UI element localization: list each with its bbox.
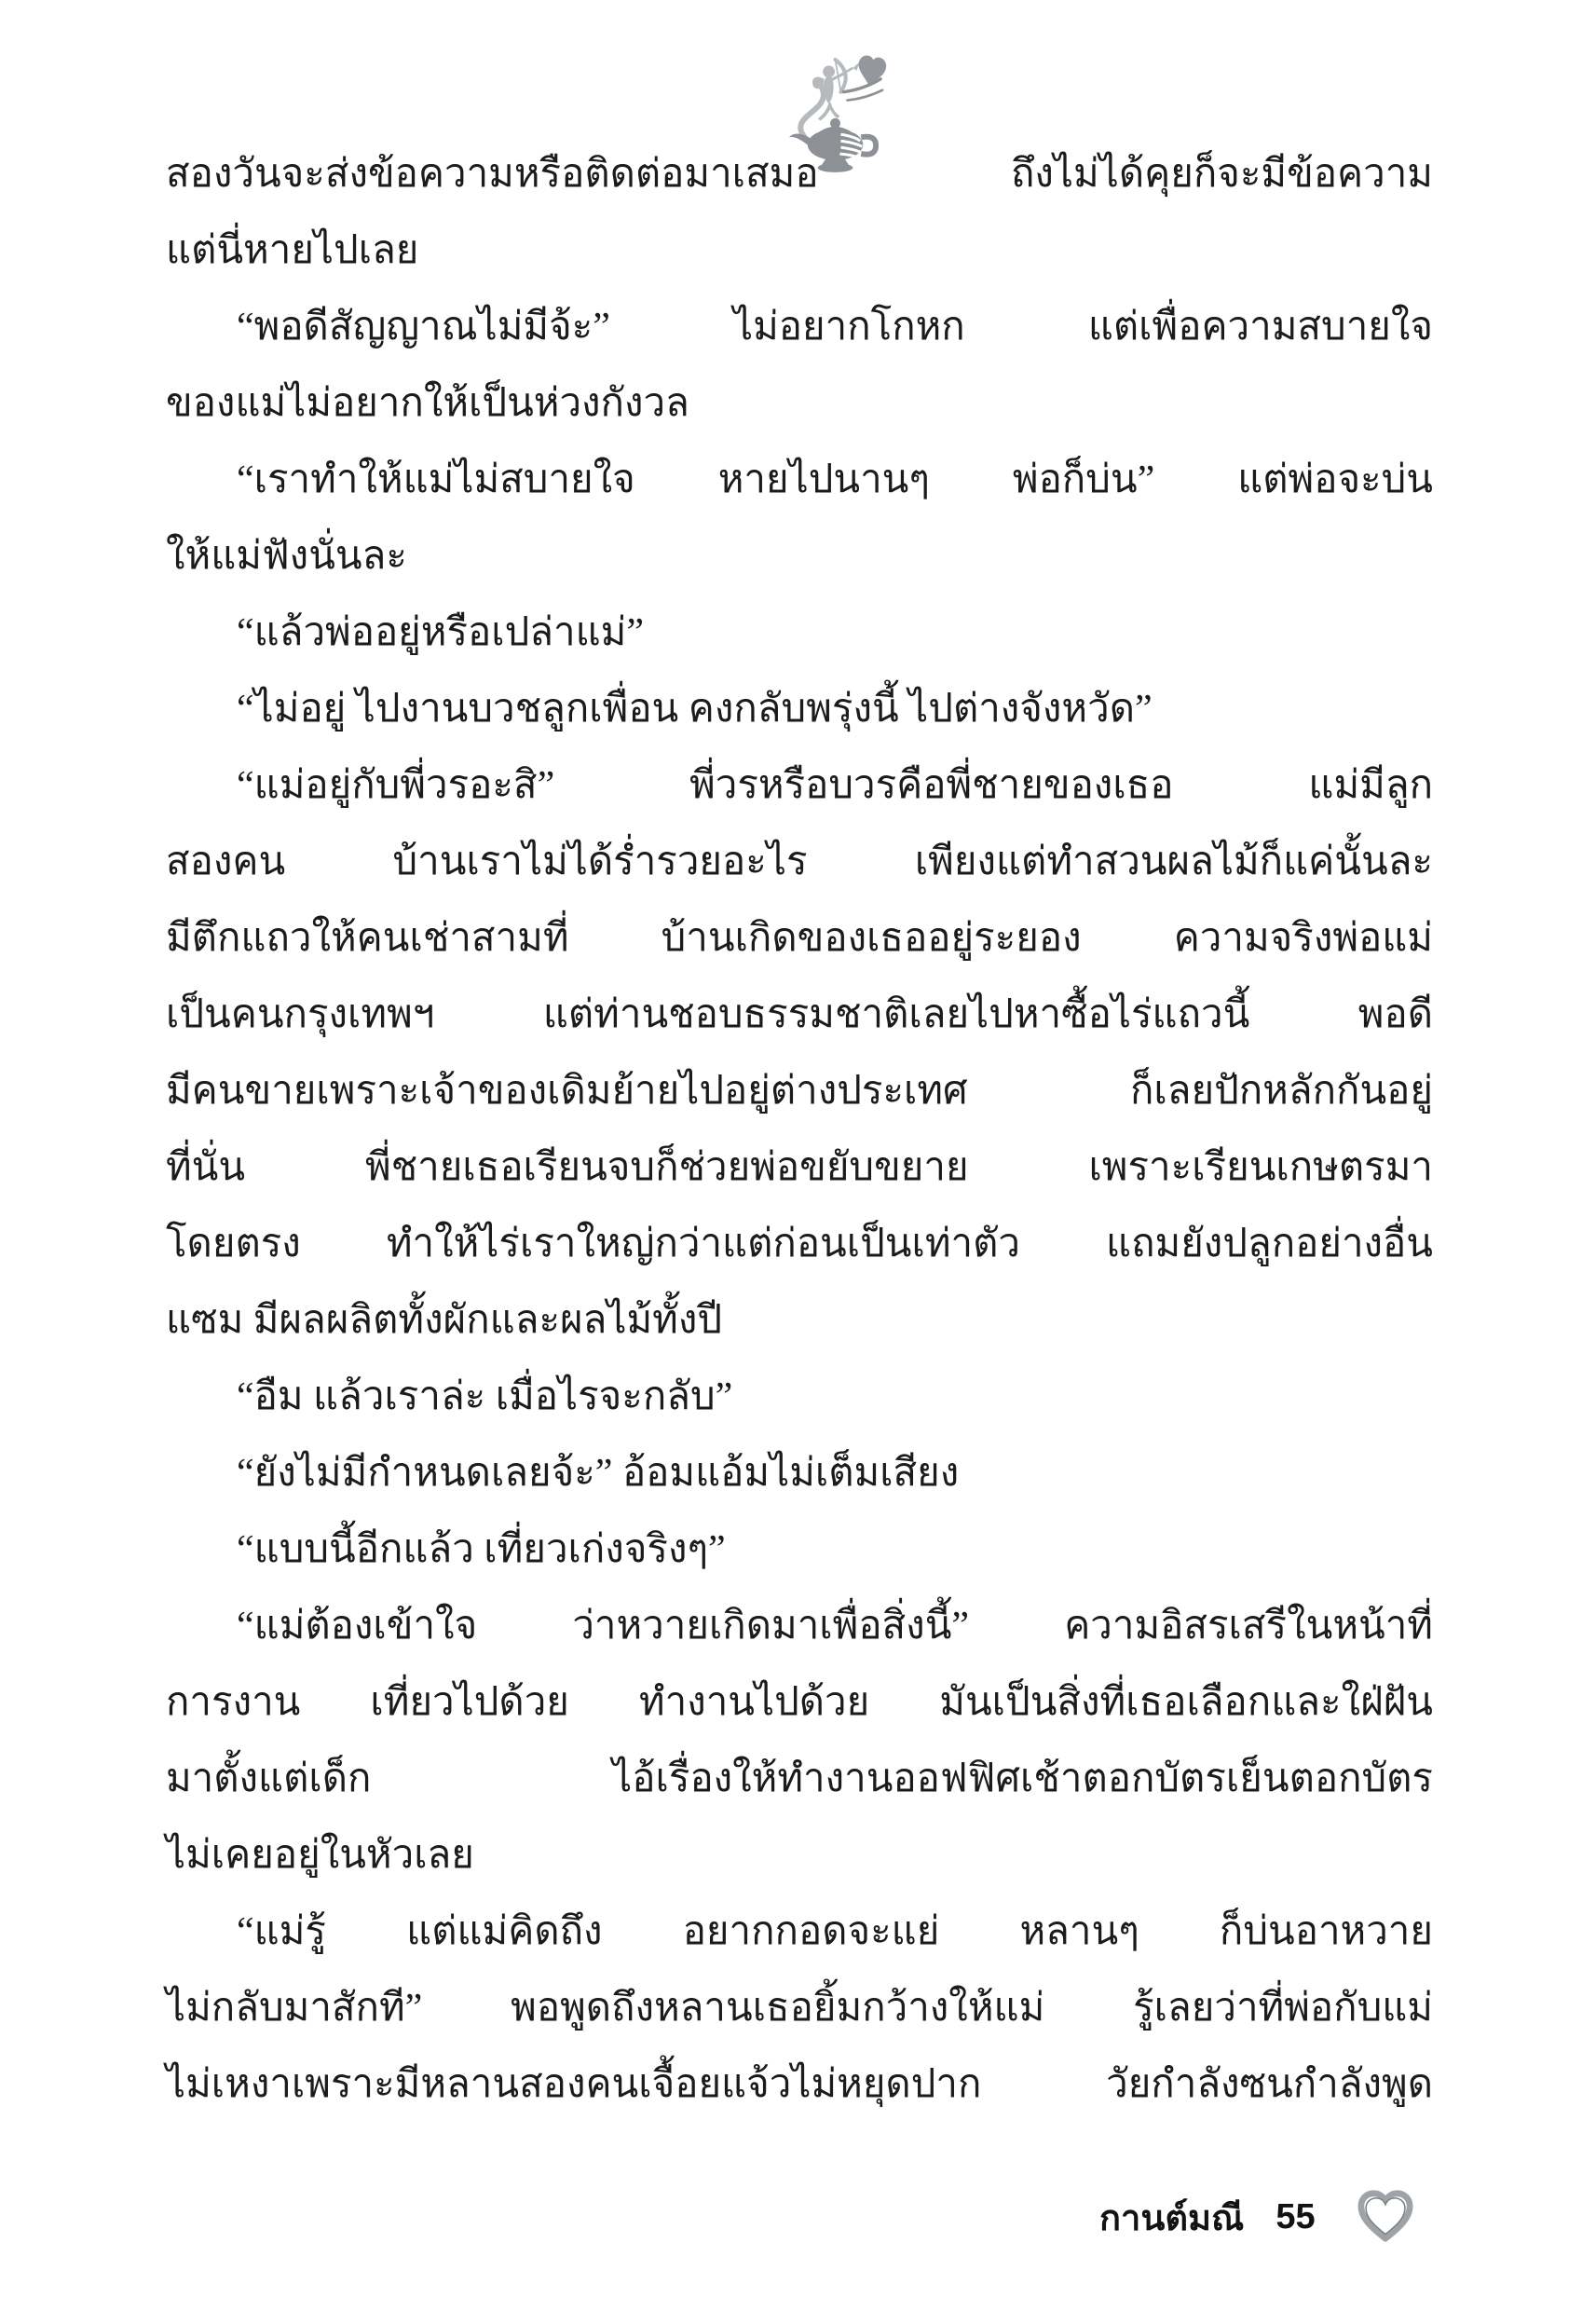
text-line: ของแม่ไม่อยากให้เป็นห่วงกังวล	[166, 365, 1433, 442]
text-line: สองวันจะส่งข้อความหรือติดต่อมาเสมอ ถึงไม…	[166, 136, 1433, 212]
heart-icon	[1357, 2189, 1414, 2245]
paragraph: “แล้วพ่ออยู่หรือเปล่าแม่”	[166, 595, 1433, 671]
text-line: แซม มีผลผลิตทั้งผักและผลไม้ทั้งปี	[166, 1282, 1433, 1359]
text-line: “เราทำให้แม่ไม่สบายใจ หายไปนานๆ พ่อก็บ่น…	[166, 442, 1433, 518]
text-line: ที่นั่น พี่ชายเธอเรียนจบก็ช่วยพ่อขยับขยา…	[166, 1129, 1433, 1206]
text-block: สองวันจะส่งข้อความหรือติดต่อมาเสมอ ถึงไม…	[166, 136, 1433, 2123]
page-number: 55	[1275, 2197, 1315, 2237]
paragraph: “อืม แล้วเราล่ะ เมื่อไรจะกลับ”	[166, 1359, 1433, 1435]
text-line: มีคนขายเพราะเจ้าของเดิมย้ายไปอยู่ต่างประ…	[166, 1053, 1433, 1129]
text-line: ไม่กลับมาสักที” พอพูดถึงหลานเธอยิ้มกว้าง…	[166, 1970, 1433, 2046]
paragraph: “พอดีสัญญาณไม่มีจ้ะ” ไม่อยากโกหก แต่เพื่…	[166, 289, 1433, 442]
text-line: ให้แม่ฟังนั่นละ	[166, 518, 1433, 595]
text-line: “แม่รู้ แต่แม่คิดถึง อยากกอดจะแย่ หลานๆ …	[166, 1894, 1433, 1970]
text-line: โดยตรง ทำให้ไร่เราใหญ่กว่าแต่ก่อนเป็นเท่…	[166, 1206, 1433, 1282]
text-line: เป็นคนกรุงเทพฯ แต่ท่านชอบธรรมชาติเลยไปหา…	[166, 977, 1433, 1053]
text-line: “แบบนี้อีกแล้ว เที่ยวเก่งจริงๆ”	[166, 1511, 1433, 1588]
text-line: สองคน บ้านเราไม่ได้ร่ำรวยอะไร เพียงแต่ทำ…	[166, 824, 1433, 900]
author-name: กานต์มณี	[1099, 2189, 1244, 2246]
text-line: “ยังไม่มีกำหนดเลยจ้ะ” อ้อมแอ้มไม่เต็มเสี…	[166, 1435, 1433, 1511]
book-page: สองวันจะส่งข้อความหรือติดต่อมาเสมอ ถึงไม…	[0, 0, 1596, 2311]
paragraph: “แม่ต้องเข้าใจ ว่าหวายเกิดมาเพื่อสิ่งนี้…	[166, 1588, 1433, 1894]
text-line: “อืม แล้วเราล่ะ เมื่อไรจะกลับ”	[166, 1359, 1433, 1435]
text-line: ไม่เคยอยู่ในหัวเลย	[166, 1817, 1433, 1894]
paragraph: “เราทำให้แม่ไม่สบายใจ หายไปนานๆ พ่อก็บ่น…	[166, 442, 1433, 595]
text-line: มาตั้งแต่เด็ก ไอ้เรื่องให้ทำงานออฟฟิศเช้…	[166, 1741, 1433, 1817]
paragraph: “แบบนี้อีกแล้ว เที่ยวเก่งจริงๆ”	[166, 1511, 1433, 1588]
paragraph: “ยังไม่มีกำหนดเลยจ้ะ” อ้อมแอ้มไม่เต็มเสี…	[166, 1435, 1433, 1511]
text-line: “แล้วพ่ออยู่หรือเปล่าแม่”	[166, 595, 1433, 671]
text-line: การงาน เที่ยวไปด้วย ทำงานไปด้วย มันเป็นส…	[166, 1664, 1433, 1741]
paragraph: “แม่อยู่กับพี่วรอะสิ” พี่วรหรือบวรคือพี่…	[166, 747, 1433, 1359]
text-line: มีตึกแถวให้คนเช่าสามที่ บ้านเกิดของเธออย…	[166, 900, 1433, 977]
paragraph: สองวันจะส่งข้อความหรือติดต่อมาเสมอ ถึงไม…	[166, 136, 1433, 289]
text-line: แต่นี่หายไปเลย	[166, 212, 1433, 289]
paragraph: “แม่รู้ แต่แม่คิดถึง อยากกอดจะแย่ หลานๆ …	[166, 1894, 1433, 2123]
page-footer: กานต์มณี 55	[1099, 2186, 1414, 2248]
text-line: ไม่เหงาเพราะมีหลานสองคนเจื้อยแจ้วไม่หยุด…	[166, 2046, 1433, 2123]
text-line: “แม่ต้องเข้าใจ ว่าหวายเกิดมาเพื่อสิ่งนี้…	[166, 1588, 1433, 1664]
paragraph: “ไม่อยู่ ไปงานบวชลูกเพื่อน คงกลับพรุ่งนี…	[166, 671, 1433, 747]
text-line: “แม่อยู่กับพี่วรอะสิ” พี่วรหรือบวรคือพี่…	[166, 747, 1433, 824]
text-line: “พอดีสัญญาณไม่มีจ้ะ” ไม่อยากโกหก แต่เพื่…	[166, 289, 1433, 365]
text-line: “ไม่อยู่ ไปงานบวชลูกเพื่อน คงกลับพรุ่งนี…	[166, 671, 1433, 747]
